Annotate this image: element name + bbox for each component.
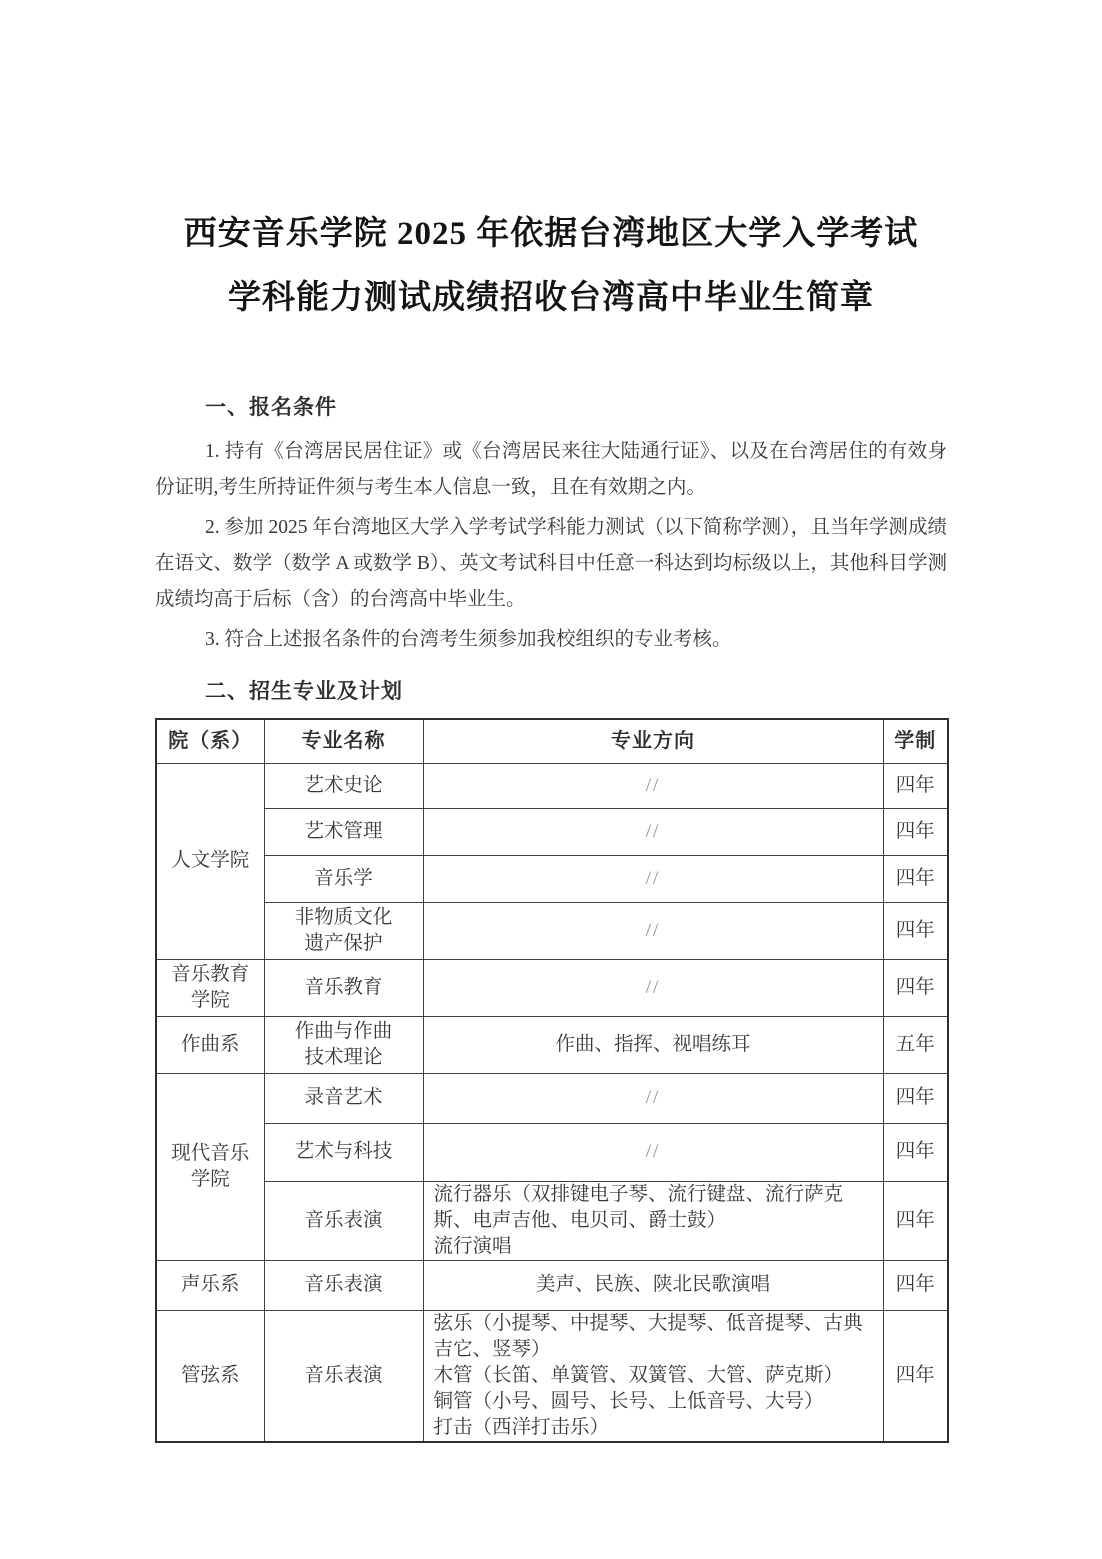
duration-cell: 四年: [883, 1181, 948, 1260]
duration-cell: 四年: [883, 959, 948, 1016]
table-row: 艺术管理 // 四年: [156, 808, 948, 855]
major-name-cell: 音乐表演: [264, 1260, 423, 1310]
title-line-2: 学科能力测试成绩招收台湾高中毕业生简章: [155, 266, 947, 330]
major-name-cell: 艺术史论: [264, 763, 423, 808]
college-cell: 声乐系: [156, 1260, 264, 1310]
col-header-direction: 专业方向: [423, 719, 883, 763]
major-name-cell: 录音艺术: [264, 1073, 423, 1123]
direction-cell: //: [423, 1123, 883, 1181]
direction-cell: 作曲、指挥、视唱练耳: [423, 1016, 883, 1073]
table-row: 声乐系 音乐表演 美声、民族、陕北民歌演唱 四年: [156, 1260, 948, 1310]
direction-cell: 流行器乐（双排键电子琴、流行键盘、流行萨克斯、电声吉他、电贝司、爵士鼓） 流行演…: [423, 1181, 883, 1260]
major-name-cell: 音乐表演: [264, 1181, 423, 1260]
table-row: 现代音乐 学院 录音艺术 // 四年: [156, 1073, 948, 1123]
section-1-paragraph-3: 3. 符合上述报名条件的台湾考生须参加我校组织的专业考核。: [155, 622, 947, 658]
section-1-paragraph-1: 1. 持有《台湾居民居住证》或《台湾居民来往大陆通行证》、以及在台湾居住的有效身…: [155, 434, 947, 506]
duration-cell: 四年: [883, 1310, 948, 1442]
direction-cell: 美声、民族、陕北民歌演唱: [423, 1260, 883, 1310]
major-name-cell: 音乐学: [264, 855, 423, 902]
major-name-cell: 音乐表演: [264, 1310, 423, 1442]
duration-cell: 四年: [883, 902, 948, 959]
section-1-paragraph-2: 2. 参加 2025 年台湾地区大学入学考试学科能力测试（以下简称学测），且当年…: [155, 510, 947, 618]
table-row: 作曲系 作曲与作曲 技术理论 作曲、指挥、视唱练耳 五年: [156, 1016, 948, 1073]
document-content: 西安音乐学院 2025 年依据台湾地区大学入学考试 学科能力测试成绩招收台湾高中…: [155, 0, 947, 1443]
duration-cell: 五年: [883, 1016, 948, 1073]
college-cell: 人文学院: [156, 763, 264, 959]
duration-cell: 四年: [883, 1123, 948, 1181]
table-row: 音乐教育 学院 音乐教育 // 四年: [156, 959, 948, 1016]
major-name-cell: 艺术管理: [264, 808, 423, 855]
table-row: 非物质文化 遗产保护 // 四年: [156, 902, 948, 959]
major-name-cell: 作曲与作曲 技术理论: [264, 1016, 423, 1073]
table-row: 音乐学 // 四年: [156, 855, 948, 902]
major-name-cell: 非物质文化 遗产保护: [264, 902, 423, 959]
duration-cell: 四年: [883, 1260, 948, 1310]
major-name-cell: 艺术与科技: [264, 1123, 423, 1181]
table-row: 艺术与科技 // 四年: [156, 1123, 948, 1181]
section-1-heading: 一、报名条件: [155, 394, 947, 422]
col-header-major: 专业名称: [264, 719, 423, 763]
direction-cell: //: [423, 1073, 883, 1123]
duration-cell: 四年: [883, 808, 948, 855]
direction-cell: //: [423, 855, 883, 902]
table-row: 管弦系 音乐表演 弦乐（小提琴、中提琴、大提琴、低音提琴、古典吉它、竖琴） 木管…: [156, 1310, 948, 1442]
duration-cell: 四年: [883, 763, 948, 808]
col-header-college: 院（系）: [156, 719, 264, 763]
document-title: 西安音乐学院 2025 年依据台湾地区大学入学考试 学科能力测试成绩招收台湾高中…: [155, 0, 947, 330]
admission-plan-table: 院（系） 专业名称 专业方向 学制 人文学院 艺术史论 // 四年 艺术管理 /…: [155, 718, 949, 1443]
duration-cell: 四年: [883, 1073, 948, 1123]
table-header-row: 院（系） 专业名称 专业方向 学制: [156, 719, 948, 763]
direction-cell: //: [423, 763, 883, 808]
title-line-1: 西安音乐学院 2025 年依据台湾地区大学入学考试: [155, 202, 947, 266]
college-cell: 管弦系: [156, 1310, 264, 1442]
college-cell: 现代音乐 学院: [156, 1073, 264, 1260]
direction-cell: //: [423, 902, 883, 959]
table-row: 人文学院 艺术史论 // 四年: [156, 763, 948, 808]
college-cell: 作曲系: [156, 1016, 264, 1073]
college-cell: 音乐教育 学院: [156, 959, 264, 1016]
direction-cell: //: [423, 808, 883, 855]
direction-cell: //: [423, 959, 883, 1016]
section-2-heading: 二、招生专业及计划: [155, 678, 947, 706]
table-row: 音乐表演 流行器乐（双排键电子琴、流行键盘、流行萨克斯、电声吉他、电贝司、爵士鼓…: [156, 1181, 948, 1260]
document-page: 西安音乐学院 2025 年依据台湾地区大学入学考试 学科能力测试成绩招收台湾高中…: [0, 0, 1102, 1559]
direction-cell: 弦乐（小提琴、中提琴、大提琴、低音提琴、古典吉它、竖琴） 木管（长笛、单簧管、双…: [423, 1310, 883, 1442]
duration-cell: 四年: [883, 855, 948, 902]
col-header-duration: 学制: [883, 719, 948, 763]
major-name-cell: 音乐教育: [264, 959, 423, 1016]
